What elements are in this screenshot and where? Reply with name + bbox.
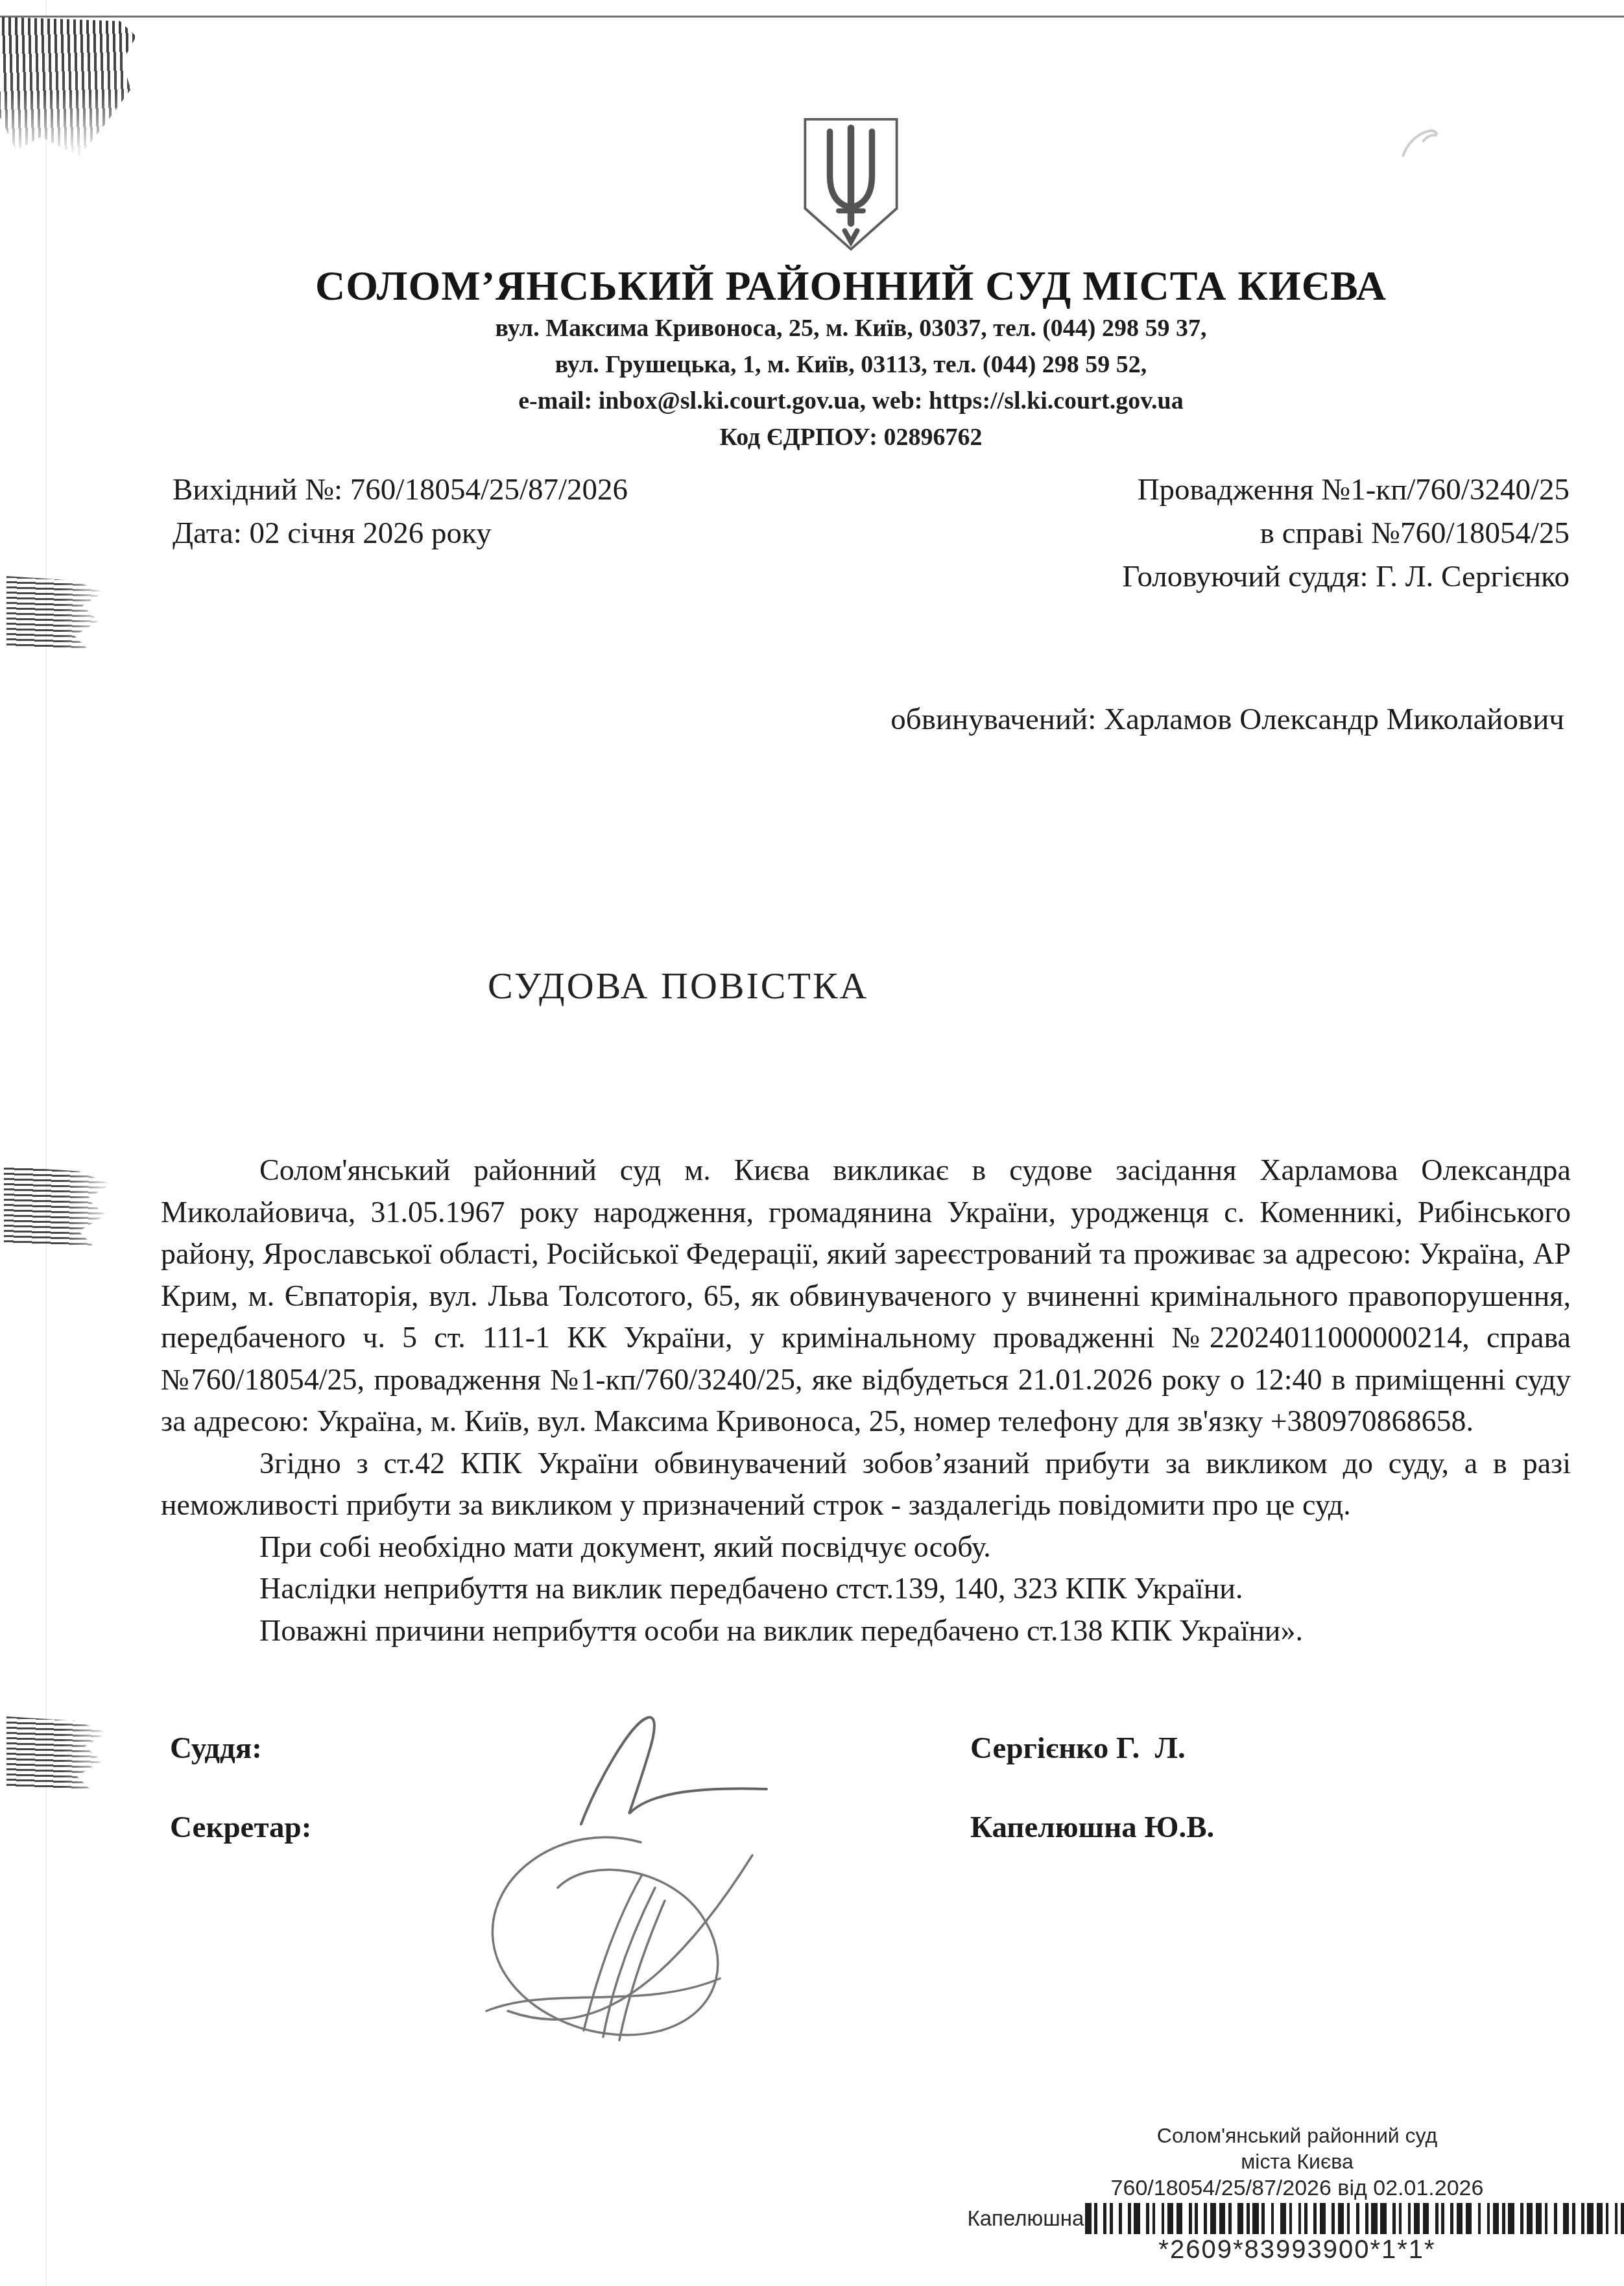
footer-doc-number: 760/18054/25/87/2026 від 02.01.2026 (921, 2174, 1624, 2202)
footer-court-line-1: Солом'янський районний суд (921, 2123, 1624, 2148)
barcode (1085, 2203, 1624, 2234)
coat-of-arms-icon (799, 117, 903, 253)
court-contacts: e-mail: inbox@sl.ki.court.gov.ua, web: h… (78, 383, 1624, 419)
proceeding-number: Провадження №1-кп/760/3240/25 (1122, 468, 1570, 512)
footer-secretary-name: Капелюшна (968, 2206, 1084, 2231)
secretary-signature (446, 1815, 783, 2062)
scan-artifact-left-1 (6, 576, 104, 651)
barcode-text: *2609*83993900*1*1* (921, 2234, 1624, 2265)
footer-court-line-2: міста Києва (921, 2148, 1624, 2174)
letterhead: СОЛОМ’ЯНСЬКИЙ РАЙОННИЙ СУД МІСТА КИЄВА в… (0, 117, 1624, 455)
summons-body: Солом'янський районний суд м. Києва викл… (161, 1149, 1571, 1652)
scan-edge-line (0, 16, 1624, 18)
edrpou-code: Код ЄДРПОУ: 02896762 (78, 419, 1624, 455)
body-paragraph-2: Згідно з ст.42 КПК України обвинувачений… (161, 1443, 1571, 1526)
case-reference-block: Провадження №1-кп/760/3240/25 в справі №… (1122, 468, 1570, 599)
outgoing-reference-block: Вихідний №: 760/18054/25/87/2026 Дата: 0… (173, 468, 628, 555)
secretary-name: Капелюшна Ю.В. (970, 1810, 1214, 1845)
body-paragraph-3: При собі необхідно мати документ, який п… (161, 1526, 1571, 1569)
presiding-judge: Головуючий суддя: Г. Л. Сергієнко (1122, 555, 1570, 599)
footer-stamp-block: Солом'янський районний суд міста Києва 7… (921, 2123, 1624, 2265)
court-address-2: вул. Грушецька, 1, м. Київ, 03113, тел. … (78, 346, 1624, 383)
document-title: СУДОВА ПОВІСТКА (488, 964, 868, 1007)
judge-name: Сергієнко Г. Л. (970, 1731, 1186, 1766)
accused-line: обвинувачений: Харламов Олександр Микола… (890, 702, 1564, 737)
barcode-row: Капелюшна (921, 2203, 1624, 2234)
body-paragraph-4: Наслідки неприбуття на виклик передбачен… (161, 1568, 1571, 1610)
body-paragraph-5: Поважні причини неприбуття особи на викл… (161, 1610, 1571, 1652)
outgoing-date: Дата: 02 січня 2026 року (173, 512, 628, 555)
court-name: СОЛОМ’ЯНСЬКИЙ РАЙОННИЙ СУД МІСТА КИЄВА (78, 262, 1624, 310)
secretary-label: Секретар: (170, 1810, 311, 1845)
case-number: в справі №760/18054/25 (1122, 512, 1570, 555)
scanned-court-summons-page: СОЛОМ’ЯНСЬКИЙ РАЙОННИЙ СУД МІСТА КИЄВА в… (0, 0, 1624, 2286)
outgoing-number: Вихідний №: 760/18054/25/87/2026 (173, 468, 628, 512)
scan-artifact-left-3 (6, 1716, 107, 1791)
court-address-1: вул. Максима Кривоноса, 25, м. Київ, 030… (78, 310, 1624, 346)
body-paragraph-1: Солом'янський районний суд м. Києва викл… (161, 1149, 1571, 1443)
scan-artifact-left-2 (4, 1166, 111, 1247)
judge-label: Суддя: (170, 1731, 262, 1766)
